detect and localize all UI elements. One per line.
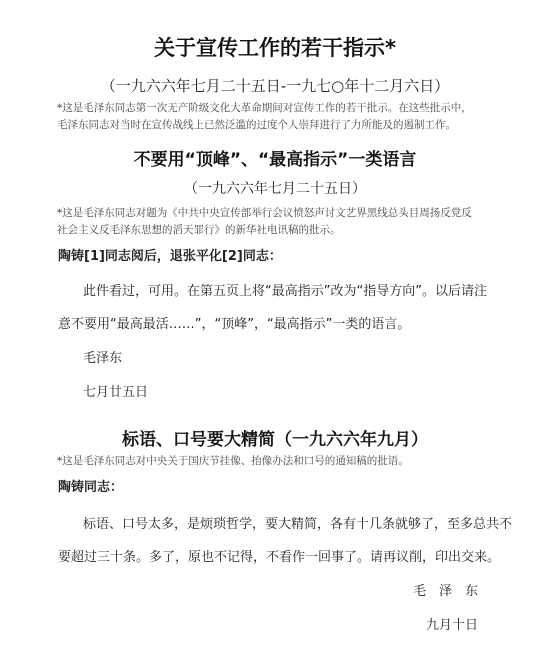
- document-date-range: （一九六六年七月二十五日-一九七○年十二月六日）: [0, 75, 550, 96]
- section-2-body-line-2: 要超过三十条。多了，原也不记得，不看作一回事了。请再议削，印出交来。: [58, 546, 500, 565]
- section-1-body-line-2: 意不要用“最高最活……”，“顶峰”，“最高指示”一类的语言。: [58, 313, 410, 332]
- section-2-heading: 标语、口号要大精简（一九六六年九月）: [0, 425, 550, 450]
- intro-note-line-2: 毛泽东同志对当时在宣传战线上已然泛滥的过度个人崇拜进行了力所能及的遏制工作。: [57, 117, 456, 134]
- section-1-note-line-1: *这是毛泽东同志对题为《中共中央宣传部举行会议愤怒声讨文艺界黑线总头目周扬反党反: [57, 205, 472, 222]
- section-1-date: （一九六六年七月二十五日）: [0, 178, 550, 198]
- section-2-addressee: 陶铸同志：: [58, 476, 123, 495]
- section-1-heading: 不要用“顶峰”、“最高指示”一类语言: [0, 145, 550, 170]
- section-1-addressee: 陶铸[1]同志阅后，退张平化[2]同志：: [58, 245, 282, 264]
- section-1-signed-date: 七月廿五日: [83, 381, 148, 400]
- section-2-note-line-1: *这是毛泽东同志对中央关于国庆节挂像、抬像办法和口号的通知稿的批语。: [57, 453, 409, 470]
- section-1-signature: 毛泽东: [83, 347, 122, 366]
- section-2-signature: 毛 泽 东: [413, 580, 478, 599]
- intro-note-line-1: *这是毛泽东同志第一次无产阶级文化大革命期间对宣传工作的若干批示。在这些批示中，: [57, 100, 472, 117]
- section-1-note-line-2: 社会主义反毛泽东思想的滔天罪行》的新华社电讯稿的批示。: [57, 222, 341, 239]
- section-2-signed-date: 九月十日: [426, 614, 478, 633]
- section-2-body-line-1: 标语、口号太多，是烦琐哲学，要大精简，各有十几条就够了，至多总共不: [83, 513, 512, 532]
- section-1-body-line-1: 此件看过，可用。在第五页上将“最高指示”改为“指导方向”。以后请注: [83, 280, 487, 299]
- document-title: 关于宣传工作的若干指示*: [0, 32, 550, 62]
